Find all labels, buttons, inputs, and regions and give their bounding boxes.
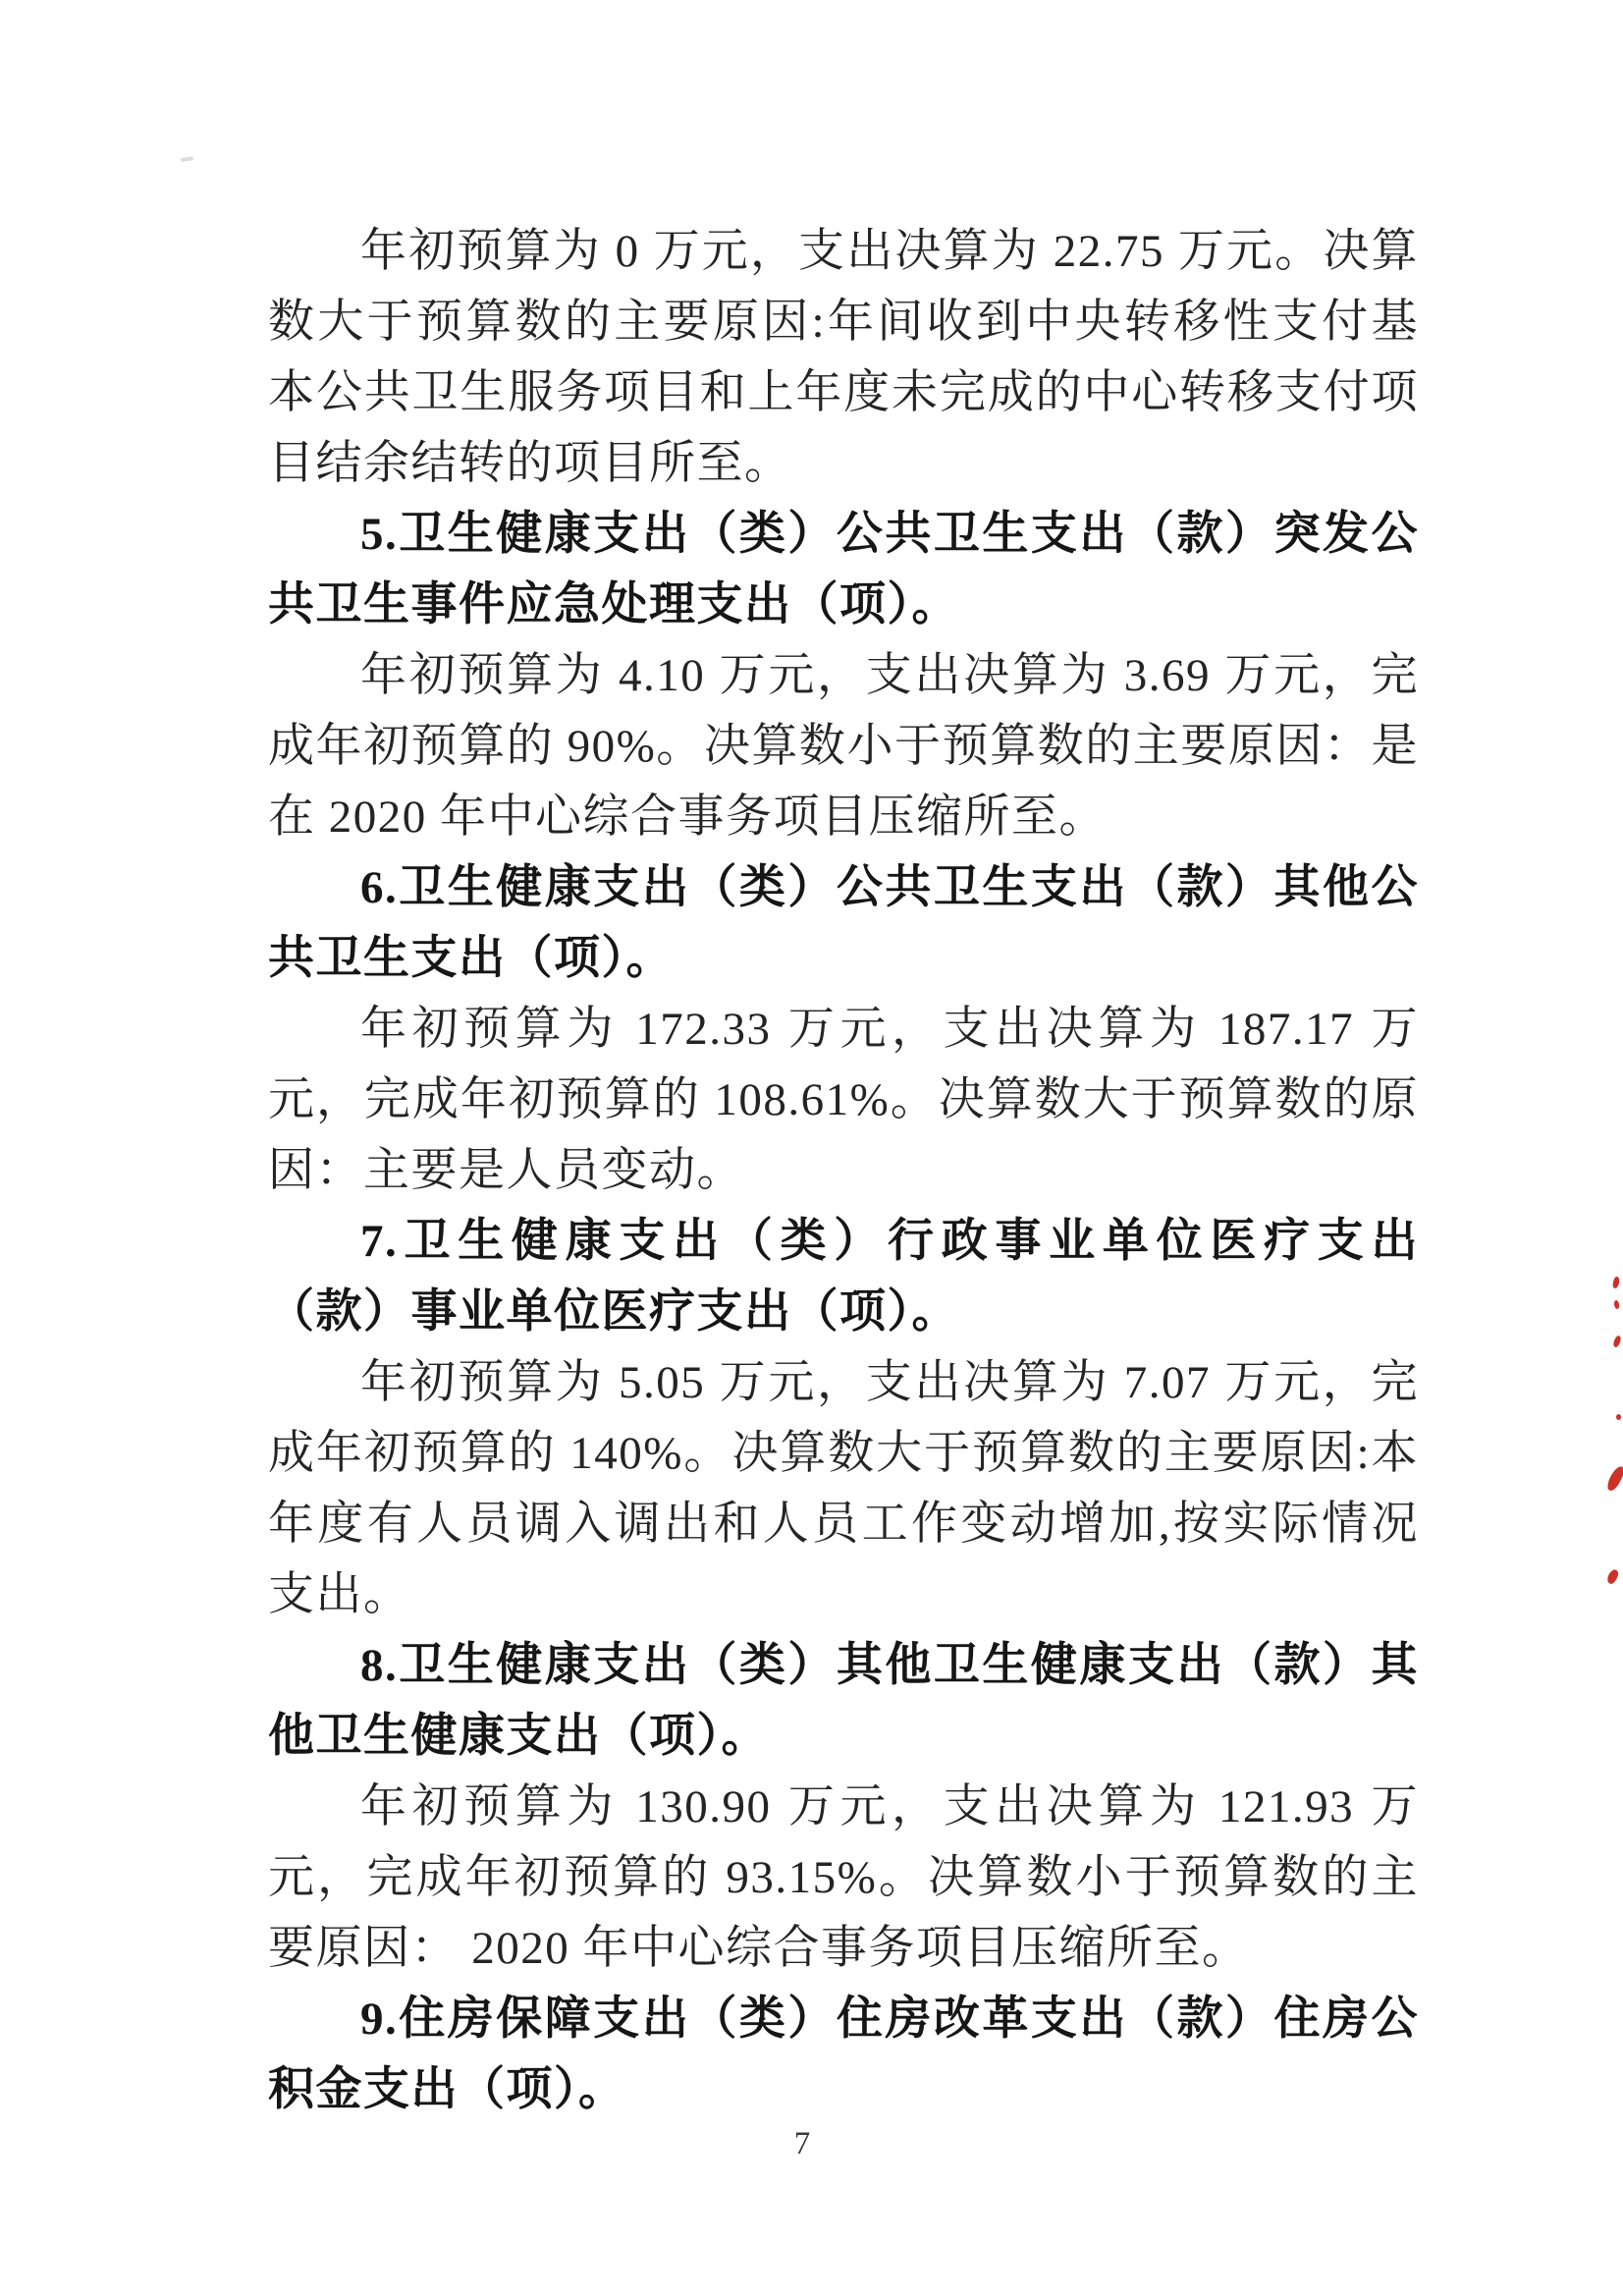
red-ink-mark: [1605, 1568, 1620, 1585]
red-ink-mark: [1613, 1300, 1619, 1310]
heading-item-8: 8.卫生健康支出（类）其他卫生健康支出（款）其他卫生健康支出（项）。: [268, 1630, 1419, 1772]
paragraph-item-8: 年初预算为 130.90 万元，支出决算为 121.93 万元，完成年初预算的 …: [268, 1772, 1419, 1984]
red-ink-mark: [1616, 1414, 1621, 1420]
heading-item-5: 5.卫生健康支出（类）公共卫生支出（款）突发公共卫生事件应急处理支出（项）。: [268, 499, 1419, 640]
paragraph-item-5: 年初预算为 4.10 万元，支出决算为 3.69 万元，完成年初预算的 90%。…: [268, 640, 1419, 852]
page-number: 7: [0, 2124, 1604, 2163]
red-ink-mark: [1605, 1464, 1623, 1493]
heading-item-9: 9.住房保障支出（类）住房改革支出（款）住房公积金支出（项）。: [268, 1984, 1419, 2125]
red-ink-mark: [1612, 1335, 1622, 1347]
paragraph-item-7: 年初预算为 5.05 万元，支出决算为 7.07 万元，完成年初预算的 140%…: [268, 1347, 1419, 1630]
heading-item-6: 6.卫生健康支出（类）公共卫生支出（款）其他公共卫生支出（项）。: [268, 852, 1419, 994]
document-body: 年初预算为 0 万元，支出决算为 22.75 万元。决算数大于预算数的主要原因:…: [268, 216, 1419, 2125]
red-ink-mark: [1612, 1276, 1621, 1288]
heading-item-7: 7.卫生健康支出（类）行政事业单位医疗支出（款）事业单位医疗支出（项）。: [268, 1206, 1419, 1347]
paragraph-item4-continuation: 年初预算为 0 万元，支出决算为 22.75 万元。决算数大于预算数的主要原因:…: [268, 216, 1419, 499]
paragraph-item-6: 年初预算为 172.33 万元，支出决算为 187.17 万元，完成年初预算的 …: [268, 994, 1419, 1206]
document-page: 年初预算为 0 万元，支出决算为 22.75 万元。决算数大于预算数的主要原因:…: [0, 0, 1623, 2296]
scan-speck: [181, 156, 193, 162]
